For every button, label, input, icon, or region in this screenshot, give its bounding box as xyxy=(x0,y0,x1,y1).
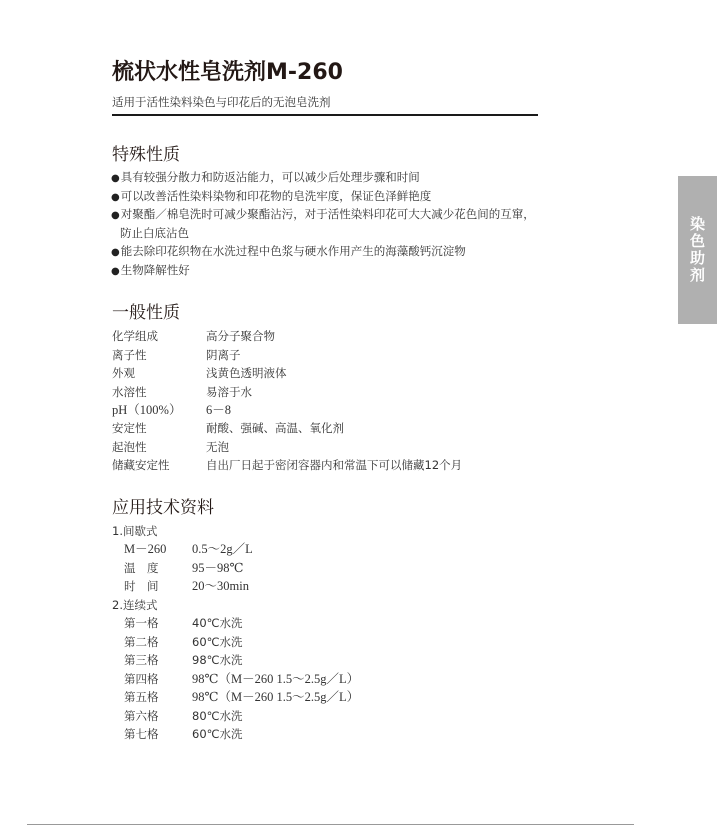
application-step-label: 第七格 xyxy=(124,726,159,742)
section-heading-special-properties: 特殊性质 xyxy=(112,144,180,166)
property-value: 自出厂日起于密闭容器内和常温下可以储藏12个月 xyxy=(206,457,462,473)
special-property-item: ●对聚酯／棉皂洗时可减少聚酯沾污，对于活性染料印花可大大减少花色间的互窜， xyxy=(111,206,535,224)
category-side-tab: 染色助剂 xyxy=(678,176,717,324)
property-value: 阴离子 xyxy=(206,347,241,363)
bullet-icon: ● xyxy=(111,173,120,184)
property-value: 易溶于水 xyxy=(206,384,252,400)
application-step-label: 第五格 xyxy=(124,689,159,705)
property-value: 6－8 xyxy=(206,402,231,418)
bullet-icon: ● xyxy=(111,192,120,203)
section-heading-general-properties: 一般性质 xyxy=(112,302,180,324)
footer-divider xyxy=(27,824,634,825)
property-label: 水溶性 xyxy=(112,384,147,400)
application-step-label: 第三格 xyxy=(124,652,159,668)
property-label: 起泡性 xyxy=(112,439,147,455)
application-method-title: 1.间歇式 xyxy=(112,523,157,539)
property-label: 安定性 xyxy=(112,420,147,436)
application-param-label: M－260 xyxy=(124,541,166,557)
property-label: 化学组成 xyxy=(112,328,158,344)
property-label: pH（100%） xyxy=(112,402,181,418)
application-step-value: 40℃水洗 xyxy=(192,615,243,631)
special-property-text: 对聚酯／棉皂洗时可减少聚酯沾污，对于活性染料印花可大大减少花色间的互窜， xyxy=(121,207,535,221)
application-step-value: 98℃（M－260 1.5～2.5g／L） xyxy=(192,671,359,687)
application-step-label: 第二格 xyxy=(124,634,159,650)
property-value: 浅黄色透明液体 xyxy=(206,365,287,381)
property-label: 外观 xyxy=(112,365,135,381)
section-heading-application: 应用技术资料 xyxy=(112,497,214,519)
application-param-value: 0.5～2g／L xyxy=(192,541,253,557)
special-property-text: 生物降解性好 xyxy=(121,263,190,277)
special-property-text: 能去除印花织物在水洗过程中色浆与硬水作用产生的海藻酸钙沉淀物 xyxy=(121,244,466,258)
application-step-label: 第四格 xyxy=(124,671,159,687)
special-property-item: ●可以改善活性染料染物和印花物的皂洗牢度，保证色泽鲜艳度 xyxy=(111,188,431,206)
property-value: 高分子聚合物 xyxy=(206,328,275,344)
application-param-label: 时 间 xyxy=(124,578,159,594)
property-label: 离子性 xyxy=(112,347,147,363)
bullet-icon: ● xyxy=(111,247,120,258)
special-property-text: 具有较强分散力和防返沾能力，可以减少后处理步骤和时间 xyxy=(121,170,420,184)
page-subtitle: 适用于活性染料染色与印花后的无泡皂洗剂 xyxy=(112,94,331,110)
application-step-label: 第一格 xyxy=(124,615,159,631)
application-method-title: 2.连续式 xyxy=(112,597,157,613)
page-title: 梳状水性皂洗剂M-260 xyxy=(112,58,343,88)
special-property-item: ●能去除印花织物在水洗过程中色浆与硬水作用产生的海藻酸钙沉淀物 xyxy=(111,243,466,261)
title-divider xyxy=(112,114,538,116)
application-step-value: 60℃水洗 xyxy=(192,634,243,650)
bullet-icon: ● xyxy=(111,266,120,277)
bullet-icon: ● xyxy=(111,210,120,221)
application-step-value: 98℃水洗 xyxy=(192,652,243,668)
application-param-value: 20～30min xyxy=(192,578,249,594)
special-property-item: ●具有较强分散力和防返沾能力，可以减少后处理步骤和时间 xyxy=(111,169,420,187)
application-step-value: 60℃水洗 xyxy=(192,726,243,742)
special-property-continuation: 防止白底沾色 xyxy=(120,225,189,241)
property-label: 储藏安定性 xyxy=(112,457,170,473)
application-step-value: 98℃（M－260 1.5～2.5g／L） xyxy=(192,689,359,705)
property-value: 无泡 xyxy=(206,439,229,455)
application-param-label: 温 度 xyxy=(124,560,159,576)
property-value: 耐酸、强碱、高温、氧化剂 xyxy=(206,420,344,436)
application-param-value: 95－98℃ xyxy=(192,560,243,576)
special-property-item: ●生物降解性好 xyxy=(111,262,190,280)
application-step-value: 80℃水洗 xyxy=(192,708,243,724)
category-side-tab-label: 染色助剂 xyxy=(687,216,708,284)
special-property-text: 可以改善活性染料染物和印花物的皂洗牢度，保证色泽鲜艳度 xyxy=(121,189,432,203)
application-step-label: 第六格 xyxy=(124,708,159,724)
